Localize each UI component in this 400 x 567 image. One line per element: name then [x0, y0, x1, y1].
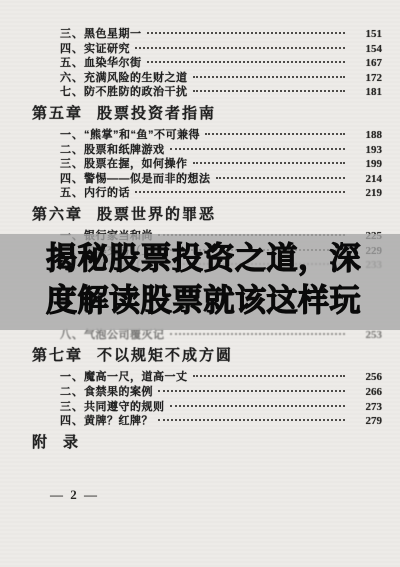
scanned-page: 三、 黑色星期一 151 四、 实证研究 154 五、 血染华尔街 167 六、… — [0, 0, 400, 567]
chapter-title: 录 — [63, 431, 80, 452]
toc-row: 一、 “熊掌”和“鱼”不可兼得 188 — [0, 126, 400, 141]
toc-row: 四、 警惕——似是而非的想法 214 — [0, 170, 400, 185]
toc-row: 五、 内行的话 219 — [0, 184, 400, 199]
chapter-heading: 第七章 不以规矩不成方圆 — [0, 340, 400, 368]
toc-row-page: 167 — [350, 57, 382, 69]
toc-row: 八、 气泡公司覆灭记 253 — [0, 326, 400, 341]
dotted-leader — [216, 176, 346, 179]
overlay-title-line2: 度解读股票就该这样玩 — [46, 280, 362, 322]
dotted-leader — [193, 374, 346, 377]
dotted-leader — [135, 46, 345, 49]
chapter-number: 第五章 — [32, 102, 83, 123]
toc-row-page: 193 — [350, 144, 382, 156]
chapter-number: 第六章 — [32, 203, 83, 224]
toc-row-page: 214 — [350, 173, 382, 185]
toc-row-number: 三、 — [60, 25, 84, 41]
toc-row-number: 三、 — [60, 155, 84, 171]
toc-row-title: 充满风险的生财之道 — [84, 69, 188, 85]
overlay-title: 揭秘股票投资之道，深 度解读股票就该这样玩 — [0, 238, 400, 322]
chapter-heading: 附 录 — [0, 427, 400, 455]
toc-row-page: 151 — [350, 28, 382, 40]
toc-row: 三、 黑色星期一 151 — [0, 25, 400, 40]
toc-row-number: 五、 — [60, 54, 84, 70]
dotted-leader — [170, 147, 346, 150]
dotted-leader — [193, 75, 346, 78]
toc-row: 三、 共同遵守的规则 273 — [0, 398, 400, 413]
toc-row-page: 256 — [350, 371, 382, 383]
toc-row: 二、 股票和纸牌游戏 193 — [0, 141, 400, 156]
toc-row-title: 血染华尔街 — [84, 54, 142, 70]
dotted-leader — [135, 190, 345, 193]
toc-row-number: 一、 — [60, 126, 84, 142]
toc-row-number: 四、 — [60, 40, 84, 56]
overlay-title-line1: 揭秘股票投资之道，深 — [46, 238, 362, 280]
toc-row-title: 防不胜防的政治干扰 — [84, 83, 188, 99]
toc-row-page: 219 — [350, 187, 382, 199]
toc-row-number: 二、 — [60, 141, 84, 157]
toc-row-page: 199 — [350, 158, 382, 170]
dotted-leader — [158, 389, 345, 392]
toc-row: 四、 黄牌？红牌？ 279 — [0, 412, 400, 427]
toc-row-title: 内行的话 — [84, 184, 130, 200]
toc-row: 四、 实证研究 154 — [0, 40, 400, 55]
toc-row-number: 七、 — [60, 83, 84, 99]
toc-row-page: 279 — [350, 415, 382, 427]
chapter-heading: 第六章 股票世界的罪恶 — [0, 199, 400, 227]
toc-row-page: 266 — [350, 386, 382, 398]
toc-row: 七、 防不胜防的政治干扰 181 — [0, 83, 400, 98]
chapter-number: 附 — [32, 431, 49, 452]
toc-row-page: 188 — [350, 129, 382, 141]
dotted-leader — [170, 404, 346, 407]
toc-row: 六、 充满风险的生财之道 172 — [0, 69, 400, 84]
dotted-leader — [205, 132, 345, 135]
dotted-leader — [158, 418, 345, 421]
toc-row-title: 实证研究 — [84, 40, 130, 56]
toc-row: 五、 血染华尔街 167 — [0, 54, 400, 69]
toc-row-title: 魔高一尺，道高一丈 — [84, 368, 188, 384]
toc-row: 一、 魔高一尺，道高一丈 256 — [0, 368, 400, 383]
page-number-footer: — 2 — — [50, 487, 99, 503]
dotted-leader — [147, 60, 346, 63]
toc-row-page: 273 — [350, 401, 382, 413]
toc-row-title: 股票在握，如何操作 — [84, 155, 188, 171]
toc-row-page: 181 — [350, 86, 382, 98]
dotted-leader — [147, 31, 346, 34]
toc-row-title: 共同遵守的规则 — [84, 398, 165, 414]
toc-row-page: 253 — [350, 329, 382, 341]
chapter-title: 股票世界的罪恶 — [97, 203, 216, 224]
toc-row-page: 172 — [350, 72, 382, 84]
toc-row-number: 八、 — [60, 326, 84, 342]
toc-row-number: 三、 — [60, 398, 84, 414]
toc-row-title: 股票和纸牌游戏 — [84, 141, 165, 157]
dotted-leader — [193, 161, 346, 164]
toc-row-title: 食禁果的案例 — [84, 383, 153, 399]
dotted-leader — [158, 233, 345, 236]
chapter-title: 不以规矩不成方圆 — [97, 344, 233, 365]
toc-row-number: 五、 — [60, 184, 84, 200]
dotted-leader — [193, 89, 346, 92]
toc-row-title: 黑色星期一 — [84, 25, 142, 41]
toc-row-title: 气泡公司覆灭记 — [84, 326, 165, 342]
toc-row-number: 四、 — [60, 170, 84, 186]
toc-row: 二、 食禁果的案例 266 — [0, 383, 400, 398]
chapter-heading: 第五章 股票投资者指南 — [0, 98, 400, 126]
toc-row-number: 一、 — [60, 368, 84, 384]
toc-row-title: “熊掌”和“鱼”不可兼得 — [84, 126, 200, 142]
dotted-leader — [170, 332, 346, 335]
toc-row-number: 二、 — [60, 383, 84, 399]
chapter-number: 第七章 — [32, 344, 83, 365]
toc-row-number: 六、 — [60, 69, 84, 85]
toc-row-title: 警惕——似是而非的想法 — [84, 170, 211, 186]
toc-row-page: 154 — [350, 43, 382, 55]
chapter-title: 股票投资者指南 — [97, 102, 216, 123]
toc-row: 三、 股票在握，如何操作 199 — [0, 155, 400, 170]
toc-row-number: 四、 — [60, 412, 84, 428]
toc-row-title: 黄牌？红牌？ — [84, 412, 153, 428]
